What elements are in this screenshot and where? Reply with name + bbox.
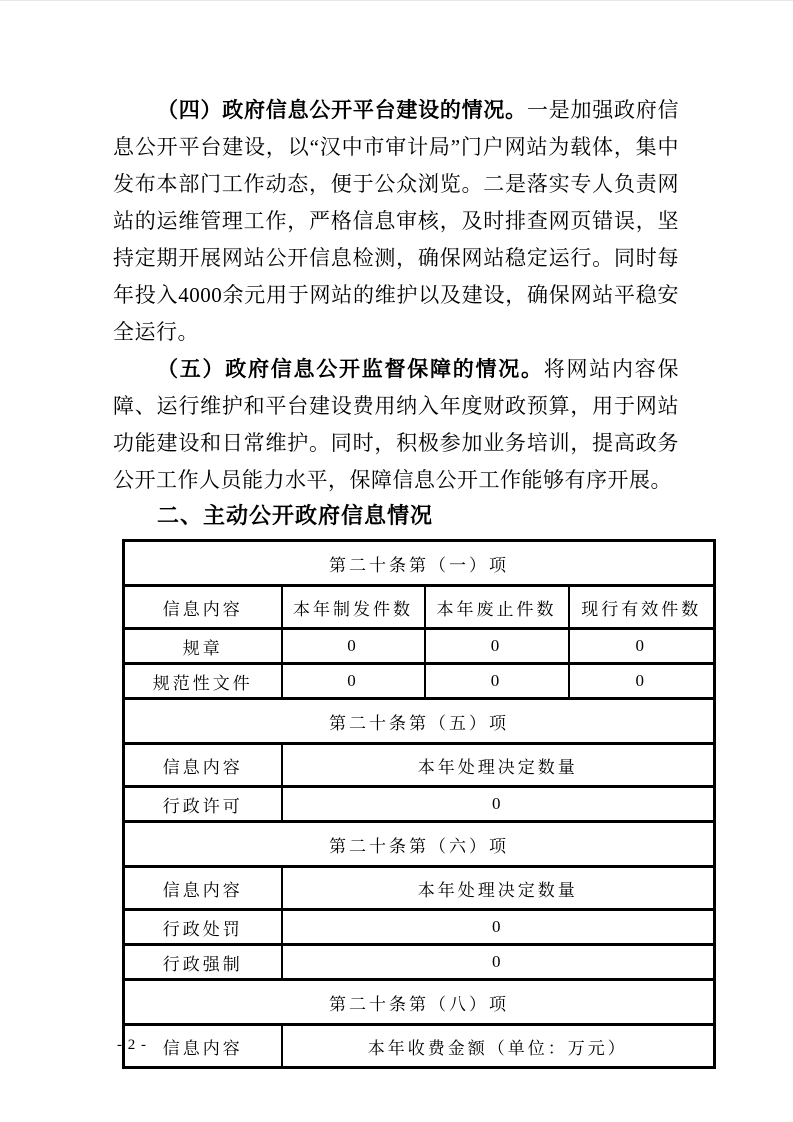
- row-value-cell: 0: [569, 664, 715, 699]
- row-label-cell: 行政强制: [124, 945, 282, 980]
- paragraph-platform-construction: （四）政府信息公开平台建设的情况。一是加强政府信息公开平台建设，以“汉中市审计局…: [113, 92, 679, 351]
- table-row: 规章000: [124, 629, 715, 664]
- column-header-cell: 本年制发件数: [282, 586, 425, 629]
- paragraph-body: 一是加强政府信息公开平台建设，以“汉中市审计局”门户网站为载体，集中发布本部门工…: [113, 98, 679, 344]
- column-header-cell: 信息内容: [124, 586, 282, 629]
- row-label-cell: 行政处罚: [124, 910, 282, 945]
- disclosure-table-body: 第二十条第（一）项信息内容本年制发件数本年废止件数现行有效件数规章000规范性文…: [124, 541, 715, 1068]
- row-label-cell: 规章: [124, 629, 282, 664]
- column-header-cell: 本年废止件数: [425, 586, 569, 629]
- row-value-cell: 0: [282, 910, 715, 945]
- table-row: 行政处罚0: [124, 910, 715, 945]
- table-row: 信息内容本年处理决定数量: [124, 744, 715, 787]
- column-header-cell: 本年处理决定数量: [282, 867, 715, 910]
- table-row: 信息内容本年制发件数本年废止件数现行有效件数: [124, 586, 715, 629]
- column-header-cell: 信息内容: [124, 1025, 282, 1068]
- column-header-cell: 信息内容: [124, 744, 282, 787]
- table-row: 规范性文件000: [124, 664, 715, 699]
- row-value-cell: 0: [282, 629, 425, 664]
- column-header-cell: 本年处理决定数量: [282, 744, 715, 787]
- row-value-cell: 0: [282, 945, 715, 980]
- row-value-cell: 0: [282, 787, 715, 822]
- table-row: 第二十条第（一）项: [124, 541, 715, 586]
- row-value-cell: 0: [282, 664, 425, 699]
- section-heading-active-disclosure: 二、主动公开政府信息情况: [113, 500, 679, 532]
- page-content: （四）政府信息公开平台建设的情况。一是加强政府信息公开平台建设，以“汉中市审计局…: [113, 92, 679, 1069]
- info-disclosure-table: 第二十条第（一）项信息内容本年制发件数本年废止件数现行有效件数规章000规范性文…: [122, 539, 716, 1069]
- column-header-cell: 信息内容: [124, 867, 282, 910]
- row-value-cell: 0: [425, 664, 569, 699]
- column-header-cell: 本年收费金额（单位：万元）: [282, 1025, 715, 1068]
- page-number: - 2 -: [117, 1037, 147, 1054]
- group-title-cell: 第二十条第（一）项: [124, 541, 715, 586]
- column-header-cell: 现行有效件数: [569, 586, 715, 629]
- paragraph-lead: （四）政府信息公开平台建设的情况。: [157, 98, 527, 122]
- paragraph-lead: （五）政府信息公开监督保障的情况。: [157, 357, 544, 381]
- table-row: 行政许可0: [124, 787, 715, 822]
- table-row: 行政强制0: [124, 945, 715, 980]
- group-title-cell: 第二十条第（八）项: [124, 980, 715, 1025]
- group-title-cell: 第二十条第（五）项: [124, 699, 715, 744]
- row-value-cell: 0: [569, 629, 715, 664]
- row-value-cell: 0: [425, 629, 569, 664]
- table-row: 第二十条第（八）项: [124, 980, 715, 1025]
- document-page: （四）政府信息公开平台建设的情况。一是加强政府信息公开平台建设，以“汉中市审计局…: [0, 0, 793, 1122]
- row-label-cell: 规范性文件: [124, 664, 282, 699]
- table-row: 第二十条第（五）项: [124, 699, 715, 744]
- paragraph-supervision-guarantee: （五）政府信息公开监督保障的情况。将网站内容保障、运行维护和平台建设费用纳入年度…: [113, 351, 679, 499]
- row-label-cell: 行政许可: [124, 787, 282, 822]
- group-title-cell: 第二十条第（六）项: [124, 822, 715, 867]
- table-row: 信息内容本年处理决定数量: [124, 867, 715, 910]
- table-row: 第二十条第（六）项: [124, 822, 715, 867]
- table-row: 信息内容本年收费金额（单位：万元）: [124, 1025, 715, 1068]
